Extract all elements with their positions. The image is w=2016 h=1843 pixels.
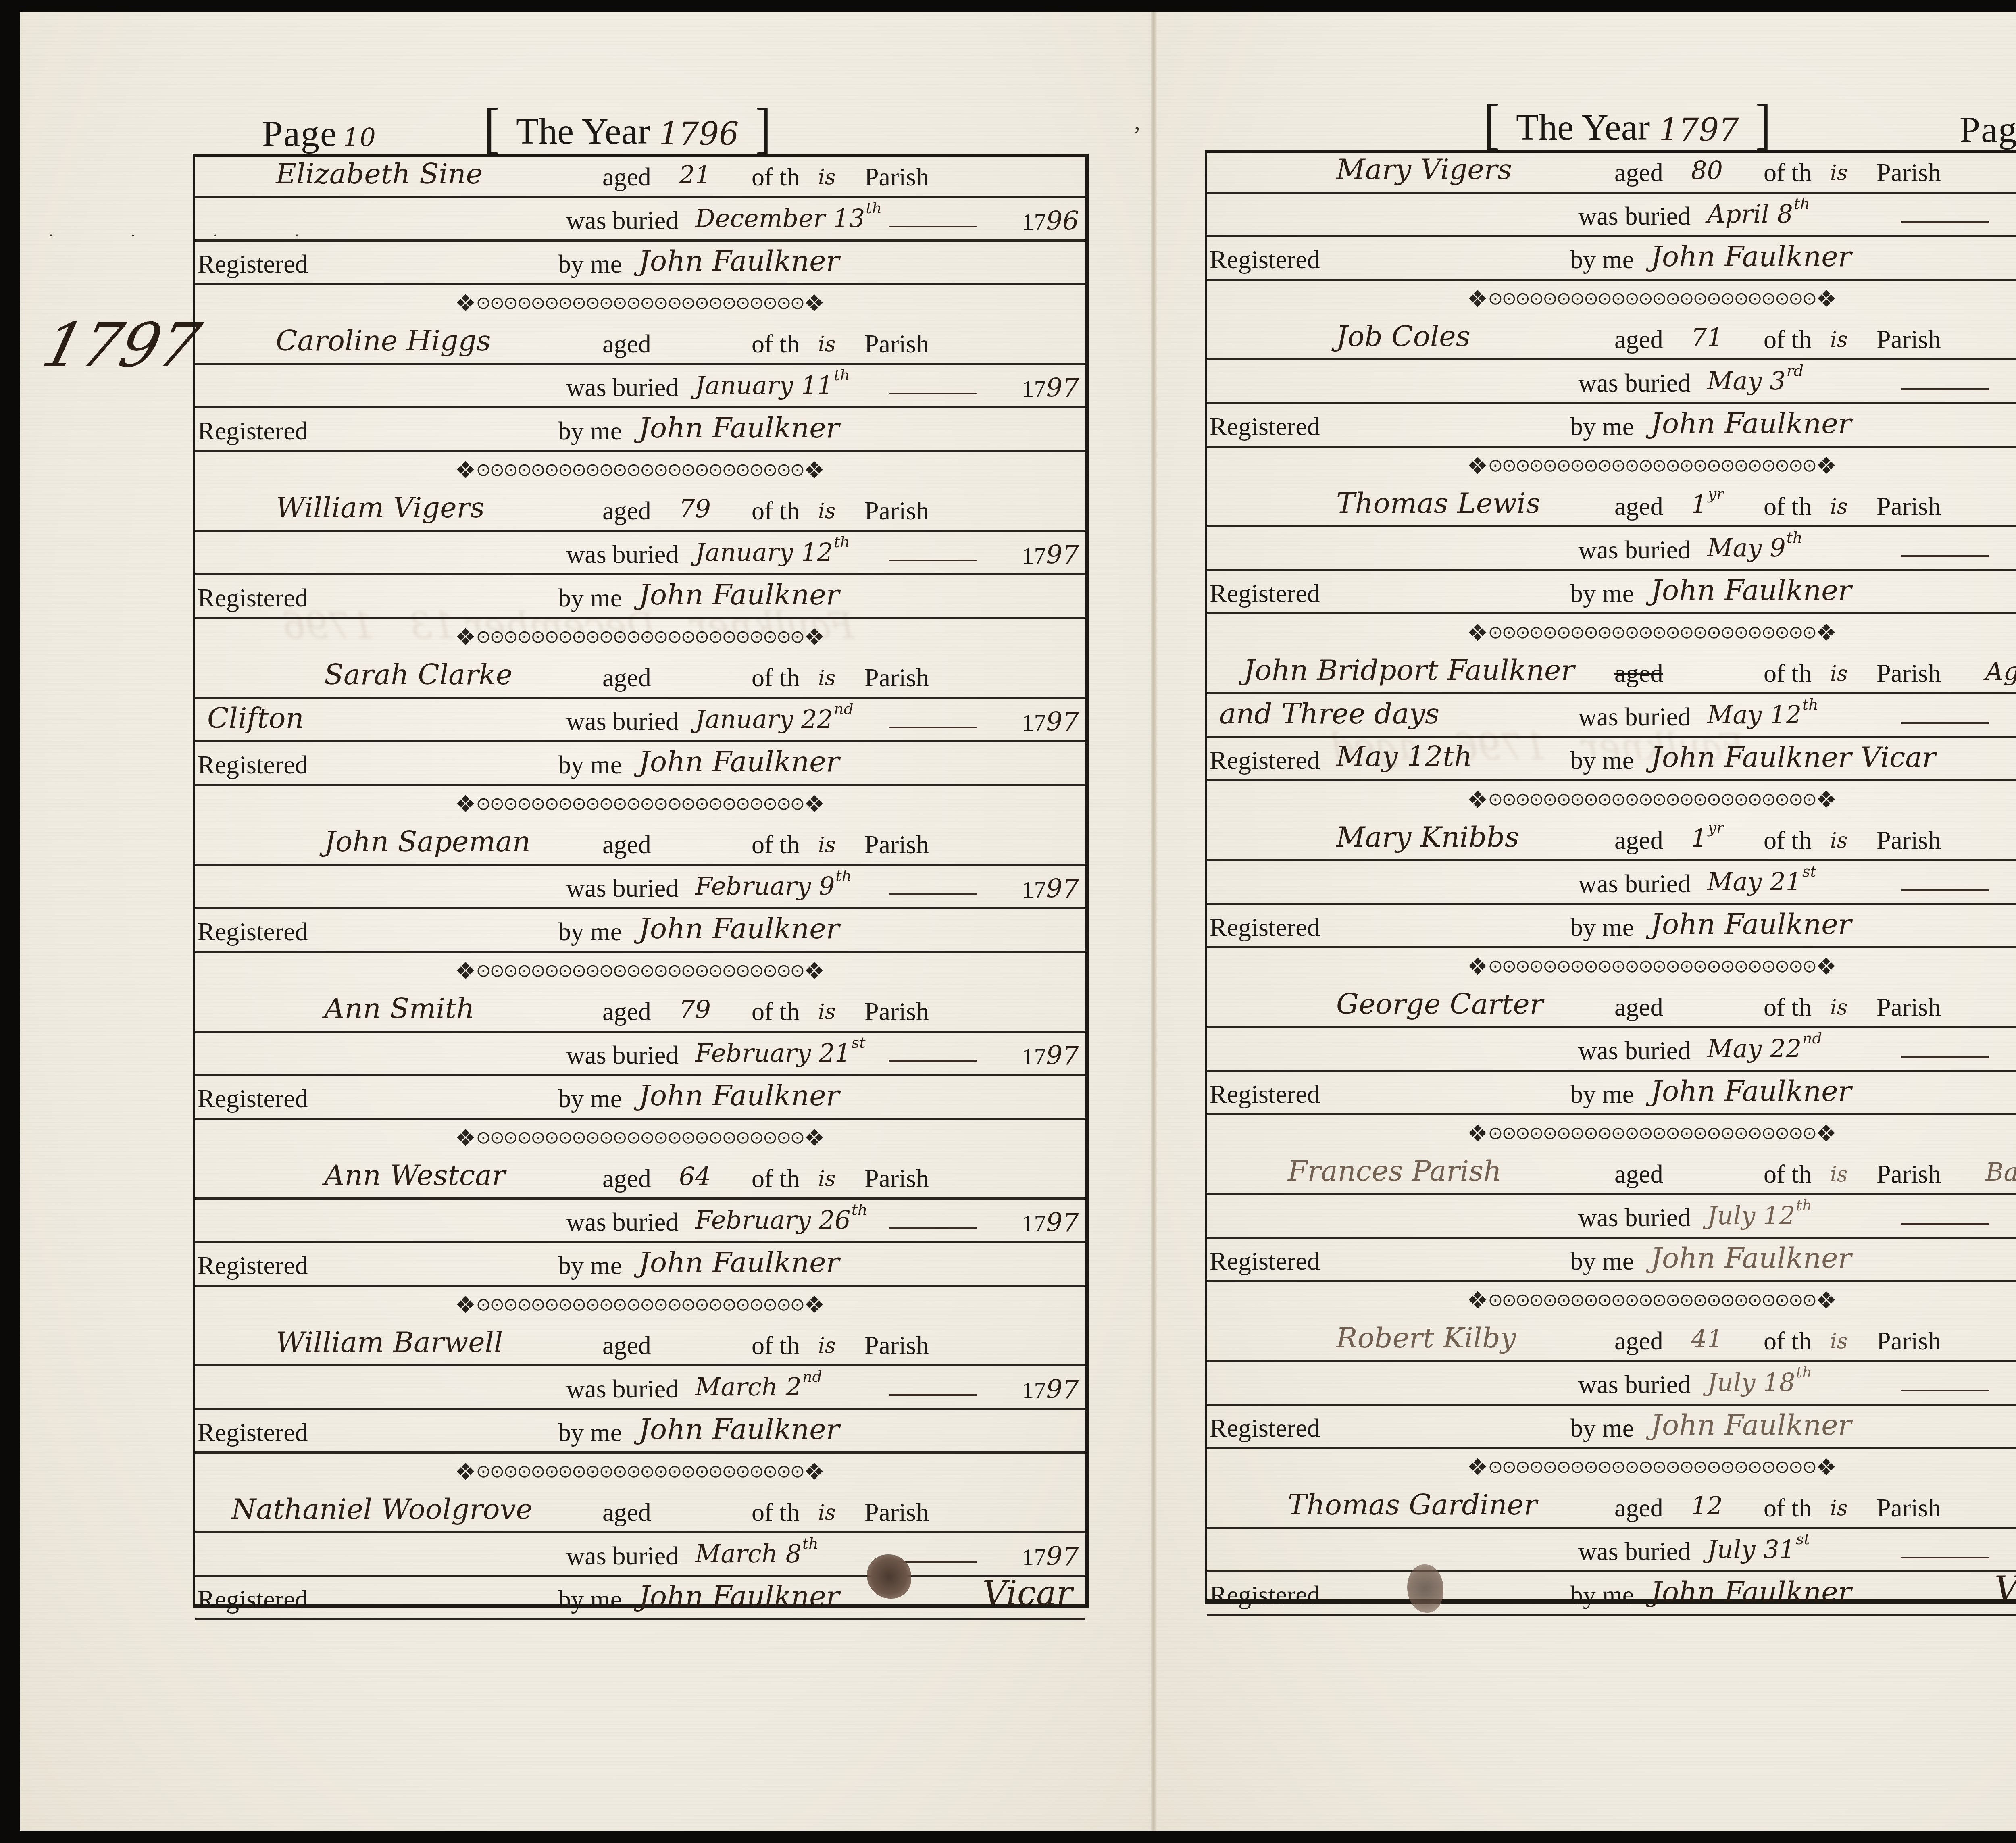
deceased-name: George Carter <box>1336 987 1543 1020</box>
of-this-label: of th <box>1764 325 1812 354</box>
of-this-label: of th <box>752 1164 800 1193</box>
right-year-header: [ The Year 1797 ] <box>1468 100 1787 148</box>
name-row: Thomas Lewis aged 1yr of th is Parish <box>1207 484 2016 527</box>
burial-entry: Mary Knibbs aged 1yr of th is Parish was… <box>1207 818 2016 985</box>
of-this-label: of th <box>1764 658 1812 688</box>
by-me-label: by me <box>1570 245 1634 275</box>
aged-label: aged <box>1614 1493 1663 1523</box>
ornament-chain: ⊙⊙⊙⊙⊙⊙⊙⊙⊙⊙⊙⊙⊙⊙⊙⊙⊙⊙⊙⊙⊙⊙⊙⊙ <box>476 795 804 813</box>
of-this-label: of th <box>752 997 800 1027</box>
burial-entry: William Barwell aged of th is Parish was… <box>195 1323 1085 1490</box>
was-buried-label: was buried <box>1578 1370 1691 1399</box>
parish-suffix: is <box>818 1167 835 1191</box>
name-row: Frances Parish aged of th is Parish Bast… <box>1207 1152 2016 1195</box>
parish-note: Aged 13 Weeks <box>1985 656 2016 686</box>
age-value: 80 <box>1691 156 1723 185</box>
ornament-rule: ❖ ⊙⊙⊙⊙⊙⊙⊙⊙⊙⊙⊙⊙⊙⊙⊙⊙⊙⊙⊙⊙⊙⊙⊙⊙ ❖ <box>1467 454 1837 477</box>
was-buried-label: was buried <box>566 539 679 569</box>
registered-label: Registered <box>198 1084 308 1114</box>
filler-dash <box>1901 889 1989 891</box>
name-row: William Barwell aged of th is Parish <box>195 1323 1085 1366</box>
parish-label: Parish <box>1876 658 1941 688</box>
burial-entry: Nathaniel Woolgrove aged of th is Parish… <box>195 1490 1085 1620</box>
registered-label: Registered <box>1210 912 1320 942</box>
ornament-chain: ⊙⊙⊙⊙⊙⊙⊙⊙⊙⊙⊙⊙⊙⊙⊙⊙⊙⊙⊙⊙⊙⊙⊙⊙ <box>1488 1458 1816 1476</box>
ornament-chain: ⊙⊙⊙⊙⊙⊙⊙⊙⊙⊙⊙⊙⊙⊙⊙⊙⊙⊙⊙⊙⊙⊙⊙⊙ <box>1488 958 1816 975</box>
burial-row: was buried May 22nd 1797 <box>1207 1028 2016 1072</box>
registered-row: Registered by me John Faulkner <box>195 1243 1085 1287</box>
aged-label: aged <box>1614 325 1663 354</box>
registered-label: Registered <box>1210 412 1320 441</box>
burial-row: was buried April 8th 1797 <box>1207 194 2016 237</box>
registered-label: Registered <box>198 1418 308 1447</box>
ornament-end-icon: ❖ <box>1816 788 1837 811</box>
burial-register-left: Elizabeth Sine aged 21 of th is Parish w… <box>193 154 1089 1608</box>
filler-dash <box>1901 1223 1989 1225</box>
registered-label: Registered <box>1210 245 1320 275</box>
of-this-label: of th <box>752 830 800 860</box>
name-row: Mary Vigers aged 80 of th is Parish <box>1207 150 2016 194</box>
was-buried-label: was buried <box>566 873 679 903</box>
parish-note: Bastard <box>1985 1157 2016 1187</box>
by-me-label: by me <box>1570 579 1634 608</box>
ornament-rule: ❖ ⊙⊙⊙⊙⊙⊙⊙⊙⊙⊙⊙⊙⊙⊙⊙⊙⊙⊙⊙⊙⊙⊙⊙⊙ ❖ <box>1467 1289 1837 1312</box>
ornament-end-icon: ❖ <box>804 1126 825 1150</box>
page-number: 10 <box>343 123 377 152</box>
burial-entry: Mary Vigers aged 80 of th is Parish was … <box>1207 150 2016 317</box>
registered-row: Registered by me John Faulkner <box>1207 1239 2016 1282</box>
burial-entry: Robert Kilby aged 41 of th is Parish was… <box>1207 1318 2016 1485</box>
ornament-divider: ❖ ⊙⊙⊙⊙⊙⊙⊙⊙⊙⊙⊙⊙⊙⊙⊙⊙⊙⊙⊙⊙⊙⊙⊙⊙ ❖ <box>195 452 1085 488</box>
registered-label: Registered <box>198 917 308 947</box>
by-me-label: by me <box>1570 746 1634 775</box>
was-buried-label: was buried <box>566 206 679 235</box>
name-row: Ann Smith aged 79 of th is Parish <box>195 989 1085 1033</box>
age-value: 64 <box>679 1162 711 1191</box>
was-buried-label: was buried <box>1578 535 1691 565</box>
by-me-label: by me <box>1570 1413 1634 1443</box>
parish-label: Parish <box>1876 1159 1941 1189</box>
registrar-signature: John Faulkner <box>639 244 839 277</box>
burial-date: January 12th <box>695 533 850 567</box>
registered-label: Registered <box>1210 1580 1320 1610</box>
burial-row: was buried March 8th 1797 <box>195 1533 1085 1577</box>
deceased-name: John Bridport Faulkner <box>1243 654 1574 687</box>
aged-label: aged <box>1614 158 1663 187</box>
ornament-end-icon: ❖ <box>1816 955 1837 978</box>
margin-year-annotation: 1797 <box>35 310 207 381</box>
vicar-title: Vicar <box>983 1573 1073 1613</box>
burial-entry: Elizabeth Sine aged 21 of th is Parish w… <box>195 154 1085 321</box>
parish-label: Parish <box>1876 825 1941 855</box>
burial-entry: Job Coles aged 71 of th is Parish was bu… <box>1207 317 2016 484</box>
burial-entry: Thomas Lewis aged 1yr of th is Parish wa… <box>1207 484 2016 651</box>
burial-date: May 21st <box>1707 862 1816 896</box>
name-row: Elizabeth Sine aged 21 of th is Parish <box>195 154 1085 198</box>
ornament-divider: ❖ ⊙⊙⊙⊙⊙⊙⊙⊙⊙⊙⊙⊙⊙⊙⊙⊙⊙⊙⊙⊙⊙⊙⊙⊙ ❖ <box>195 619 1085 655</box>
year-label: The Year <box>516 110 650 152</box>
ornament-end-icon: ❖ <box>455 959 476 983</box>
name-row: Ann Westcar aged 64 of th is Parish <box>195 1156 1085 1200</box>
ornament-rule: ❖ ⊙⊙⊙⊙⊙⊙⊙⊙⊙⊙⊙⊙⊙⊙⊙⊙⊙⊙⊙⊙⊙⊙⊙⊙ ❖ <box>1467 1122 1837 1145</box>
was-buried-label: was buried <box>1578 1036 1691 1066</box>
ornament-end-icon: ❖ <box>455 625 476 649</box>
was-buried-label: was buried <box>1578 1203 1691 1233</box>
parish-label: Parish <box>864 1164 929 1193</box>
ornament-end-icon: ❖ <box>1467 1289 1488 1312</box>
registered-row: Registered by me John Faulkner <box>195 742 1085 786</box>
of-this-label: of th <box>1764 825 1812 855</box>
parish-suffix: is <box>1830 829 1847 853</box>
parish-suffix: is <box>1830 995 1847 1020</box>
burial-row: was buried July 12th 1797 <box>1207 1195 2016 1239</box>
ornament-end-icon: ❖ <box>455 792 476 816</box>
burial-entry: William Vigers aged 79 of th is Parish w… <box>195 488 1085 655</box>
parish-label: Parish <box>864 663 929 693</box>
ornament-divider: ❖ ⊙⊙⊙⊙⊙⊙⊙⊙⊙⊙⊙⊙⊙⊙⊙⊙⊙⊙⊙⊙⊙⊙⊙⊙ ❖ <box>1207 1282 2016 1318</box>
burial-row: was buried January 11th 1797 <box>195 365 1085 408</box>
year-value: 1797 <box>1659 112 1739 148</box>
aged-label: aged <box>1614 992 1663 1022</box>
burial-year: 1797 <box>1022 1208 1079 1238</box>
deceased-name: Nathaniel Woolgrove <box>231 1493 533 1526</box>
registrar-signature: John Faulkner <box>639 1580 839 1613</box>
registered-label: Registered <box>198 750 308 780</box>
registered-label: Registered <box>198 583 308 613</box>
ornament-end-icon: ❖ <box>1467 1122 1488 1145</box>
burial-row: was buried December 13th 1796 <box>195 198 1085 242</box>
burial-row: was buried July 18th 1797 <box>1207 1362 2016 1406</box>
parish-suffix: is <box>818 666 835 690</box>
deceased-name: Caroline Higgs <box>276 324 491 357</box>
burial-date: March 2nd <box>695 1368 822 1402</box>
by-me-label: by me <box>558 750 622 780</box>
registered-row: Registered by me John Faulkner <box>195 575 1085 619</box>
age-value: 79 <box>679 995 711 1024</box>
ornament-end-icon: ❖ <box>1816 287 1837 310</box>
aged-label: aged <box>602 997 651 1027</box>
of-this-label: of th <box>1764 1326 1812 1356</box>
registered-row: Registered by me John Faulkner <box>195 408 1085 452</box>
was-buried-label: was buried <box>1578 1537 1691 1566</box>
stray-mark: ’ <box>1133 121 1141 149</box>
by-me-label: by me <box>1570 1580 1634 1610</box>
deceased-name: William Vigers <box>276 491 485 524</box>
registered-date: May 12th <box>1336 740 1472 773</box>
ornament-end-icon: ❖ <box>1816 1456 1837 1479</box>
burial-row: was buried May 3rd 1797 <box>1207 360 2016 404</box>
parish-suffix: is <box>818 1000 835 1024</box>
name-row: Nathaniel Woolgrove aged of th is Parish <box>195 1490 1085 1533</box>
name-row: John Bridport Faulkner aged of th is Par… <box>1207 651 2016 694</box>
parish-label: Parish <box>864 1331 929 1360</box>
age-value: 21 <box>679 160 711 190</box>
vicar-title: Vicar <box>1995 1569 2016 1608</box>
ornament-rule: ❖ ⊙⊙⊙⊙⊙⊙⊙⊙⊙⊙⊙⊙⊙⊙⊙⊙⊙⊙⊙⊙⊙⊙⊙⊙ ❖ <box>1467 621 1837 644</box>
aged-label: aged <box>602 1164 651 1193</box>
burial-date: February 21st <box>695 1034 866 1068</box>
of-this-label: of th <box>1764 491 1812 521</box>
ornament-divider: ❖ ⊙⊙⊙⊙⊙⊙⊙⊙⊙⊙⊙⊙⊙⊙⊙⊙⊙⊙⊙⊙⊙⊙⊙⊙ ❖ <box>1207 1449 2016 1485</box>
registrar-signature: John Faulkner Vicar <box>1651 741 1935 774</box>
deceased-name: Mary Knibbs <box>1336 820 1519 854</box>
ornament-chain: ⊙⊙⊙⊙⊙⊙⊙⊙⊙⊙⊙⊙⊙⊙⊙⊙⊙⊙⊙⊙⊙⊙⊙⊙ <box>1488 1291 1816 1309</box>
ornament-end-icon: ❖ <box>455 292 476 315</box>
parish-label: Parish <box>864 496 929 526</box>
ornament-end-icon: ❖ <box>804 292 825 315</box>
filler-dash <box>889 1394 977 1396</box>
registrar-signature: John Faulkner <box>1651 407 1851 440</box>
registered-row: Registered by me John Faulkner <box>1207 1072 2016 1115</box>
burial-date: May 3rd <box>1707 362 1804 396</box>
of-this-label: of th <box>752 663 800 693</box>
ornament-chain: ⊙⊙⊙⊙⊙⊙⊙⊙⊙⊙⊙⊙⊙⊙⊙⊙⊙⊙⊙⊙⊙⊙⊙⊙ <box>1488 457 1816 475</box>
page-label: Page <box>262 113 337 154</box>
registrar-signature: John Faulkner <box>639 912 839 945</box>
ornament-rule: ❖ ⊙⊙⊙⊙⊙⊙⊙⊙⊙⊙⊙⊙⊙⊙⊙⊙⊙⊙⊙⊙⊙⊙⊙⊙ ❖ <box>455 458 825 482</box>
of-this-label: of th <box>752 1331 800 1360</box>
burial-entry: Sarah Clarke aged of th is Parish Clifto… <box>195 655 1085 822</box>
ornament-end-icon: ❖ <box>804 458 825 482</box>
open-bracket: [ <box>1484 96 1500 152</box>
ornament-divider: ❖ ⊙⊙⊙⊙⊙⊙⊙⊙⊙⊙⊙⊙⊙⊙⊙⊙⊙⊙⊙⊙⊙⊙⊙⊙ ❖ <box>1207 448 2016 484</box>
deceased-name: Mary Vigers <box>1336 153 1512 186</box>
ornament-end-icon: ❖ <box>1467 287 1488 310</box>
of-this-label: of th <box>752 496 800 526</box>
burial-year: 1796 <box>1022 206 1079 236</box>
of-this-label: of th <box>1764 992 1812 1022</box>
deceased-name: Thomas Gardiner <box>1288 1488 1537 1521</box>
deceased-name: Sarah Clarke <box>324 658 512 691</box>
ornament-rule: ❖ ⊙⊙⊙⊙⊙⊙⊙⊙⊙⊙⊙⊙⊙⊙⊙⊙⊙⊙⊙⊙⊙⊙⊙⊙ ❖ <box>455 1293 825 1316</box>
registered-label: Registered <box>1210 1413 1320 1443</box>
ornament-end-icon: ❖ <box>1816 621 1837 644</box>
age-value: 1yr <box>1691 819 1724 853</box>
name-row: William Vigers aged 79 of th is Parish <box>195 488 1085 532</box>
registered-label: Registered <box>1210 579 1320 608</box>
ornament-end-icon: ❖ <box>455 458 476 482</box>
parish-suffix: is <box>818 165 835 190</box>
filler-dash <box>889 1227 977 1229</box>
burial-date: July 31st <box>1707 1530 1810 1564</box>
registered-row: Registered by me John Faulkner <box>1207 571 2016 614</box>
place-or-note: Clifton <box>207 702 304 735</box>
by-me-label: by me <box>1570 912 1634 942</box>
ornament-rule: ❖ ⊙⊙⊙⊙⊙⊙⊙⊙⊙⊙⊙⊙⊙⊙⊙⊙⊙⊙⊙⊙⊙⊙⊙⊙ ❖ <box>455 792 825 816</box>
was-buried-label: was buried <box>1578 201 1691 231</box>
deceased-name: Robert Kilby <box>1336 1321 1516 1354</box>
registered-row: Registered by me John Faulkner <box>1207 905 2016 948</box>
registered-label: Registered <box>1210 1246 1320 1276</box>
name-row: Thomas Gardiner aged 12 of th is Parish <box>1207 1485 2016 1529</box>
burial-year: 1797 <box>1022 1041 1079 1071</box>
registrar-signature: John Faulkner <box>639 1079 839 1112</box>
ornament-divider: ❖ ⊙⊙⊙⊙⊙⊙⊙⊙⊙⊙⊙⊙⊙⊙⊙⊙⊙⊙⊙⊙⊙⊙⊙⊙ ❖ <box>195 953 1085 989</box>
parish-suffix: is <box>1830 161 1847 185</box>
left-page-number: Page10 <box>262 112 377 155</box>
burial-entry: Caroline Higgs aged of th is Parish was … <box>195 321 1085 488</box>
ornament-chain: ⊙⊙⊙⊙⊙⊙⊙⊙⊙⊙⊙⊙⊙⊙⊙⊙⊙⊙⊙⊙⊙⊙⊙⊙ <box>476 294 804 312</box>
name-row: George Carter aged of th is Parish <box>1207 985 2016 1028</box>
filler-dash <box>889 893 977 895</box>
was-buried-label: was buried <box>566 1541 679 1571</box>
filler-dash <box>1901 1056 1989 1058</box>
age-value: 41 <box>1691 1324 1723 1354</box>
burial-date: December 13th <box>695 199 882 233</box>
ornament-end-icon: ❖ <box>1467 454 1488 477</box>
parish-suffix: is <box>818 1501 835 1525</box>
registered-label: Registered <box>198 416 308 446</box>
registered-row: Registered by me John Faulkner Vicar <box>195 1577 1085 1620</box>
burial-date: May 12th <box>1707 696 1818 729</box>
burial-date: January 22nd <box>695 700 854 734</box>
aged-label: aged <box>602 329 651 359</box>
registrar-signature: John Faulkner <box>1651 1075 1851 1108</box>
ornament-chain: ⊙⊙⊙⊙⊙⊙⊙⊙⊙⊙⊙⊙⊙⊙⊙⊙⊙⊙⊙⊙⊙⊙⊙⊙ <box>476 628 804 646</box>
burial-row: was buried February 21st 1797 <box>195 1033 1085 1076</box>
burial-date: February 26th <box>695 1201 868 1235</box>
deceased-name: Ann Smith <box>324 992 475 1025</box>
place-or-note: and Three days <box>1219 697 1439 730</box>
aged-label: aged <box>602 663 651 693</box>
filler-dash <box>889 1060 977 1062</box>
registrar-signature: John Faulkner <box>639 1413 839 1446</box>
registered-row: Registered by me John Faulkner <box>1207 1406 2016 1449</box>
year-value: 1796 <box>659 116 739 152</box>
name-row: Job Coles aged 71 of th is Parish <box>1207 317 2016 360</box>
parish-suffix: is <box>1830 662 1847 686</box>
right-page-number: Page11 <box>1960 108 2016 151</box>
ornament-end-icon: ❖ <box>1467 1456 1488 1479</box>
ornament-end-icon: ❖ <box>1816 1122 1837 1145</box>
burial-date: May 22nd <box>1707 1029 1822 1063</box>
was-buried-label: was buried <box>566 1207 679 1237</box>
burial-date: April 8th <box>1707 195 1810 229</box>
parish-label: Parish <box>864 329 929 359</box>
burial-year: 1797 <box>1022 1375 1079 1405</box>
filler-dash <box>889 727 977 728</box>
ornament-end-icon: ❖ <box>1467 621 1488 644</box>
parish-label: Parish <box>1876 992 1941 1022</box>
age-value: 79 <box>679 494 711 523</box>
of-this-label: of th <box>752 329 800 359</box>
ornament-end-icon: ❖ <box>804 1460 825 1483</box>
burial-date: July 18th <box>1707 1363 1812 1397</box>
aged-label: aged <box>1614 658 1663 688</box>
burial-date: January 11th <box>695 366 850 400</box>
ornament-chain: ⊙⊙⊙⊙⊙⊙⊙⊙⊙⊙⊙⊙⊙⊙⊙⊙⊙⊙⊙⊙⊙⊙⊙⊙ <box>1488 1125 1816 1142</box>
age-value: 12 <box>1691 1491 1723 1520</box>
parish-suffix: is <box>1830 1329 1847 1354</box>
was-buried-label: was buried <box>566 1374 679 1404</box>
registrar-signature: John Faulkner <box>639 1246 839 1279</box>
burial-entry: Ann Westcar aged 64 of th is Parish was … <box>195 1156 1085 1323</box>
registered-label: Registered <box>198 249 308 279</box>
burial-entry: Frances Parish aged of th is Parish Bast… <box>1207 1152 2016 1318</box>
ornament-rule: ❖ ⊙⊙⊙⊙⊙⊙⊙⊙⊙⊙⊙⊙⊙⊙⊙⊙⊙⊙⊙⊙⊙⊙⊙⊙ ❖ <box>455 1126 825 1150</box>
of-this-label: of th <box>752 162 800 192</box>
ornament-chain: ⊙⊙⊙⊙⊙⊙⊙⊙⊙⊙⊙⊙⊙⊙⊙⊙⊙⊙⊙⊙⊙⊙⊙⊙ <box>476 1129 804 1147</box>
deceased-name: William Barwell <box>276 1326 503 1359</box>
by-me-label: by me <box>1570 1079 1634 1109</box>
burial-entry: George Carter aged of th is Parish was b… <box>1207 985 2016 1152</box>
ornament-end-icon: ❖ <box>804 959 825 983</box>
left-year-header: [ The Year 1796 ] <box>468 104 787 152</box>
age-value: 1yr <box>1691 485 1724 519</box>
registered-label: Registered <box>1210 1079 1320 1109</box>
parish-label: Parish <box>864 997 929 1027</box>
registrar-signature: John Faulkner <box>1651 240 1851 273</box>
filler-dash <box>1901 388 1989 390</box>
parish-suffix: is <box>818 332 835 356</box>
burial-entry: John Bridport Faulkner aged of th is Par… <box>1207 651 2016 818</box>
by-me-label: by me <box>558 416 622 446</box>
parish-suffix: is <box>1830 495 1847 519</box>
registered-label: Registered <box>198 1251 308 1281</box>
filler-dash <box>889 226 977 227</box>
aged-label: aged <box>602 1497 651 1527</box>
registrar-signature: John Faulkner <box>1651 1241 1851 1274</box>
ornament-end-icon: ❖ <box>804 792 825 816</box>
ornament-end-icon: ❖ <box>455 1293 476 1316</box>
burial-year: 1797 <box>1022 1542 1079 1572</box>
burial-entry: Thomas Gardiner aged 12 of th is Parish … <box>1207 1485 2016 1616</box>
was-buried-label: was buried <box>1578 702 1691 732</box>
burial-row: was buried February 9th 1797 <box>195 866 1085 909</box>
parish-label: Parish <box>1876 491 1941 521</box>
ornament-divider: ❖ ⊙⊙⊙⊙⊙⊙⊙⊙⊙⊙⊙⊙⊙⊙⊙⊙⊙⊙⊙⊙⊙⊙⊙⊙ ❖ <box>1207 781 2016 818</box>
registered-row: Registered by me John Faulkner Vicar <box>1207 1572 2016 1616</box>
aged-label: aged <box>602 830 651 860</box>
close-bracket: ] <box>1755 96 1771 152</box>
age-value: 71 <box>1691 323 1723 352</box>
ornament-end-icon: ❖ <box>1467 788 1488 811</box>
burial-row: was buried March 2nd 1797 <box>195 1366 1085 1410</box>
deceased-name: Frances Parish <box>1288 1154 1502 1187</box>
burial-row: was buried January 12th 1797 <box>195 532 1085 575</box>
by-me-label: by me <box>558 1084 622 1114</box>
parish-label: Parish <box>864 162 929 192</box>
burial-entry: Ann Smith aged 79 of th is Parish was bu… <box>195 989 1085 1156</box>
ornament-end-icon: ❖ <box>804 625 825 649</box>
ornament-end-icon: ❖ <box>1467 955 1488 978</box>
burial-year: 1797 <box>1022 540 1079 570</box>
registered-row: Registered by me John Faulkner <box>195 242 1085 285</box>
was-buried-label: was buried <box>1578 869 1691 899</box>
open-bracket: [ <box>484 100 500 156</box>
registered-label: Registered <box>1210 746 1320 775</box>
registrar-signature: John Faulkner <box>639 745 839 778</box>
ornament-end-icon: ❖ <box>1816 1289 1837 1312</box>
parish-label: Parish <box>1876 1326 1941 1356</box>
by-me-label: by me <box>558 1251 622 1281</box>
ornament-divider: ❖ ⊙⊙⊙⊙⊙⊙⊙⊙⊙⊙⊙⊙⊙⊙⊙⊙⊙⊙⊙⊙⊙⊙⊙⊙ ❖ <box>195 1287 1085 1323</box>
burial-row: was buried May 9th 1797 <box>1207 527 2016 571</box>
ornament-divider: ❖ ⊙⊙⊙⊙⊙⊙⊙⊙⊙⊙⊙⊙⊙⊙⊙⊙⊙⊙⊙⊙⊙⊙⊙⊙ ❖ <box>195 1120 1085 1156</box>
deceased-name: John Sapeman <box>324 825 531 858</box>
aged-label: aged <box>602 496 651 526</box>
name-row: Caroline Higgs aged of th is Parish <box>195 321 1085 365</box>
name-row: Robert Kilby aged 41 of th is Parish <box>1207 1318 2016 1362</box>
ornament-rule: ❖ ⊙⊙⊙⊙⊙⊙⊙⊙⊙⊙⊙⊙⊙⊙⊙⊙⊙⊙⊙⊙⊙⊙⊙⊙ ❖ <box>455 959 825 983</box>
burial-row: Clifton was buried January 22nd 1797 <box>195 699 1085 742</box>
registered-row: Registered by me John Faulkner <box>1207 237 2016 281</box>
by-me-label: by me <box>558 917 622 947</box>
parish-label: Parish <box>864 1497 929 1527</box>
parish-suffix: is <box>1830 1496 1847 1520</box>
ornament-divider: ❖ ⊙⊙⊙⊙⊙⊙⊙⊙⊙⊙⊙⊙⊙⊙⊙⊙⊙⊙⊙⊙⊙⊙⊙⊙ ❖ <box>195 285 1085 321</box>
parish-label: Parish <box>1876 325 1941 354</box>
